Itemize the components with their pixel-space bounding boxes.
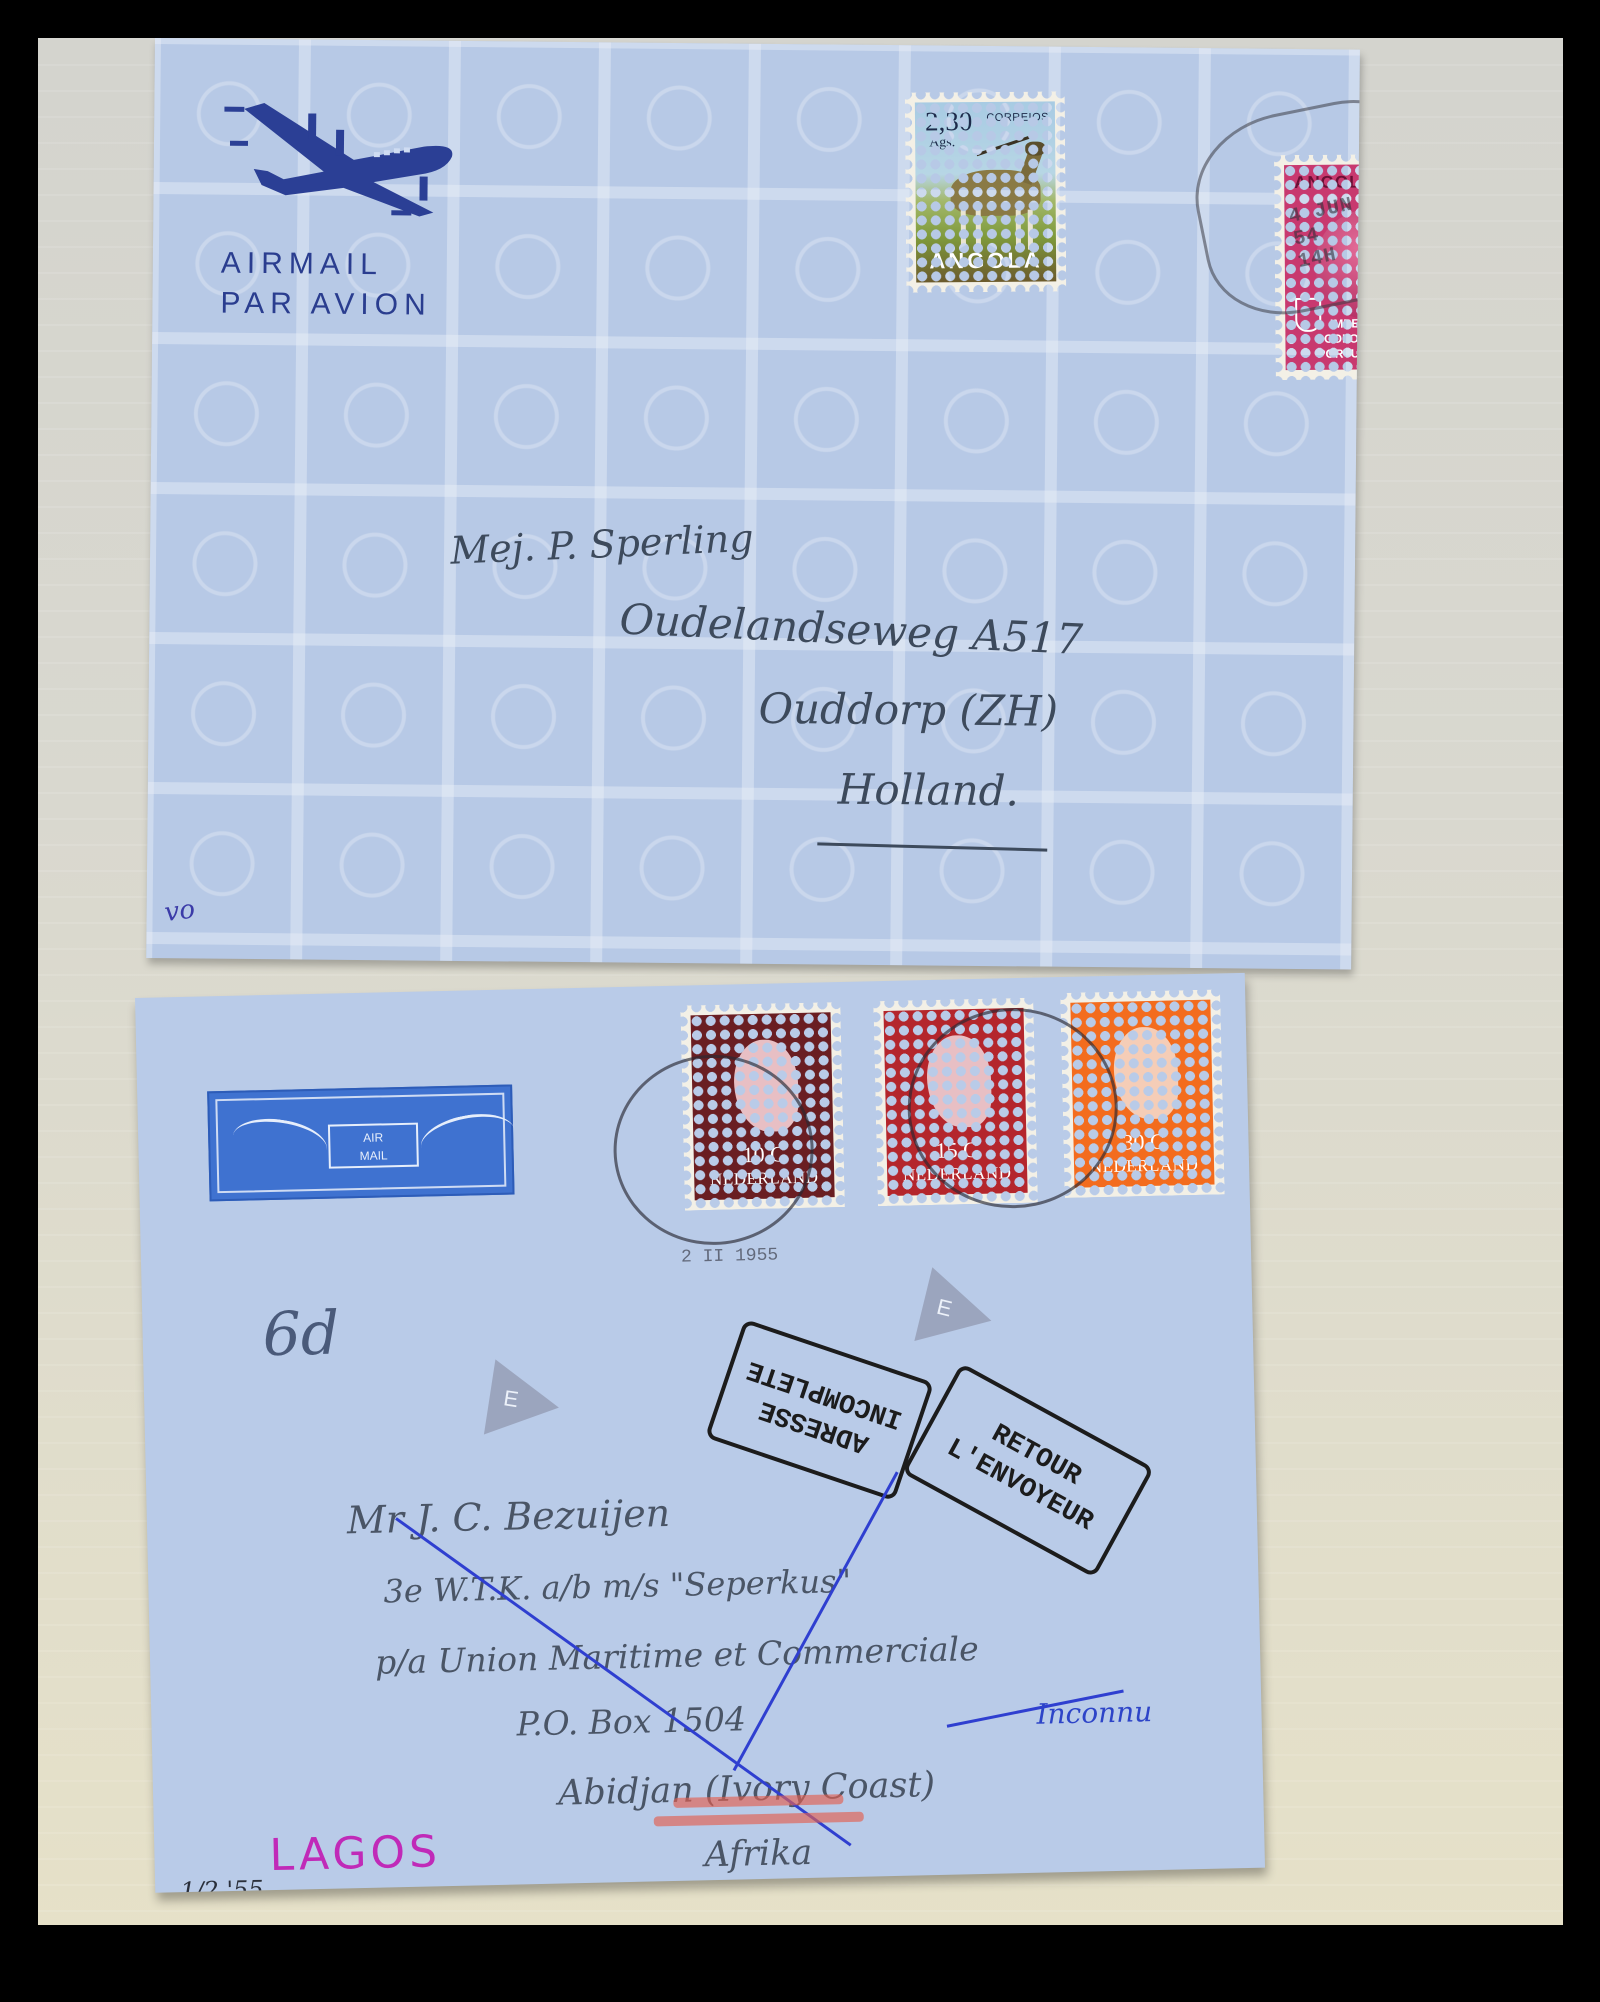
postmark-date: 4 JUN 54 14H [1287, 193, 1360, 274]
address-line-country: Afrika [704, 1833, 813, 1875]
fee-annotation: 6d [262, 1298, 340, 1370]
airplane-icon [223, 89, 464, 221]
label-air: AIR [330, 1128, 416, 1148]
antelope-head [1025, 142, 1045, 156]
address-line-pobox: P.O. Box 1504 [516, 1699, 746, 1743]
label-mail: MAIL [330, 1146, 416, 1166]
stamp-value: 2,30 [925, 108, 972, 134]
stamp-angola-antelope: 2,30 Ags. CORREIOS ANGOLA [905, 91, 1067, 292]
stamp-country: ANGOLA [916, 247, 1056, 274]
antelope-leg [976, 210, 981, 250]
address-line-town: Ouddorp (ZH) [758, 684, 1058, 736]
triangle-letter: E [934, 1294, 954, 1323]
stamp-caption: IMPERIO COLONIAL PORTUGUES [1285, 316, 1360, 362]
wing-right-icon [417, 1107, 519, 1171]
triangle-letter: E [502, 1385, 520, 1413]
cover-angola-airmail: AIRMAIL PAR AVION 2,30 Ags. CORREIOS ANG… [146, 38, 1360, 970]
envelope-icon: AIR MAIL [328, 1123, 419, 1169]
par-avion-label: PAR AVION [220, 284, 432, 326]
address-line-name: Mr J. C. Bezuijen [346, 1491, 670, 1542]
caption-line2: COLONIAL PORTUGUES [1285, 331, 1360, 362]
airmail-label: AIRMAIL [221, 244, 433, 286]
address-line-company: p/a Union Maritime et Commerciale [375, 1629, 979, 1682]
address-line-country: Holland. [838, 765, 1020, 816]
stamp-unit: Ags. [929, 135, 955, 151]
airmail-label-winged-envelope: AIR MAIL [207, 1084, 514, 1201]
handstamp-adresse-incomplete: ADRESSE INCOMPLETE [705, 1319, 935, 1502]
caption-line1: IMPERIO [1285, 316, 1360, 332]
address-line-ship: 3e W.T.K. a/b m/s "Seperkus" [383, 1562, 851, 1611]
triangle-mark: E [484, 1359, 565, 1445]
triangle-mark: E [914, 1267, 1000, 1357]
strike-line [733, 1471, 899, 1771]
pencil-note: vo [163, 894, 197, 928]
date-annotation: 1/2 '55 [180, 1875, 264, 1892]
cover-netherlands-airmail: AIR MAIL 10 C NEDERLAND 15 C NEDERLAND 3… [135, 973, 1265, 1893]
postmark-date: 2 II 1955 [681, 1245, 779, 1267]
lagos-annotation: LAGOS [269, 1826, 442, 1881]
red-crayon-mark [654, 1812, 864, 1827]
antelope-leg [961, 210, 966, 250]
stamp-correios: CORREIOS [986, 111, 1049, 123]
background-shadow [38, 1925, 1563, 2002]
antelope-leg [1016, 210, 1021, 250]
antelope-leg [1028, 210, 1033, 250]
handstamp-retour-envoyeur: RETOUR L'ENVOYEUR [901, 1363, 1154, 1578]
inconnu-annotation: Inconnu [1036, 1695, 1152, 1731]
wing-left-icon [229, 1113, 330, 1173]
airmail-cachet-text: AIRMAIL PAR AVION [220, 244, 432, 326]
queen-portrait-icon [1113, 1026, 1179, 1119]
